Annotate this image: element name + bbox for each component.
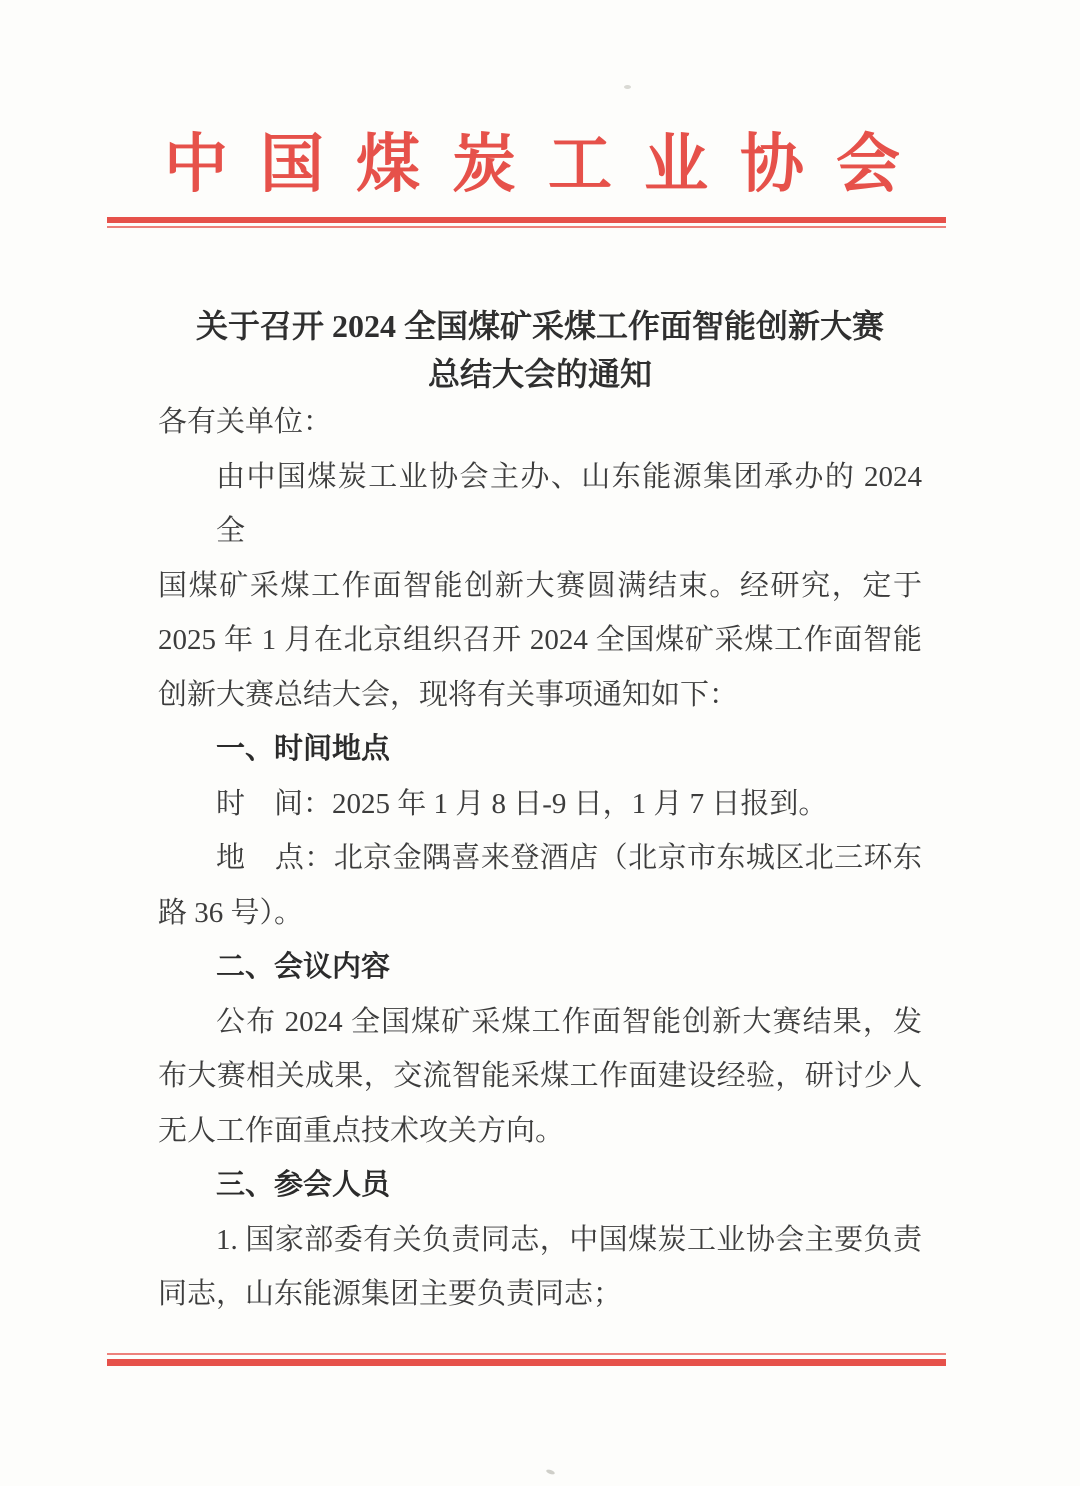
letterhead-org-name: 中国煤炭工业协会: [0, 131, 1080, 199]
body-line: 布大赛相关成果，交流智能采煤工作面建设经验，研讨少人: [158, 1049, 922, 1104]
divider-thin-line: [107, 226, 946, 228]
body-line: 同志，山东能源集团主要负责同志；: [158, 1267, 922, 1322]
body-line: 1. 国家部委有关负责同志，中国煤炭工业协会主要负责: [158, 1213, 922, 1268]
body-line: 时 间：2025 年 1 月 8 日-9 日，1 月 7 日报到。: [158, 777, 922, 832]
divider-thick-line: [107, 1359, 946, 1366]
body-line: 国煤矿采煤工作面智能创新大赛圆满结束。经研究，定于: [158, 559, 922, 614]
section-heading: 一、时间地点: [158, 722, 922, 777]
section-heading: 二、会议内容: [158, 940, 922, 995]
body-line: 创新大赛总结大会，现将有关事项通知如下：: [158, 668, 922, 723]
body-line: 由中国煤炭工业协会主办、山东能源集团承办的 2024 全: [158, 450, 922, 559]
divider-thin-line: [107, 1353, 946, 1355]
body-text: 各有关单位：由中国煤炭工业协会主办、山东能源集团承办的 2024 全国煤矿采煤工…: [158, 395, 922, 1322]
notice-title-line2: 总结大会的通知: [148, 350, 932, 398]
notice-title-line1: 关于召开 2024 全国煤矿采煤工作面智能创新大赛: [148, 302, 932, 350]
notice-title: 关于召开 2024 全国煤矿采煤工作面智能创新大赛 总结大会的通知: [148, 302, 932, 398]
document-page: 中国煤炭工业协会 关于召开 2024 全国煤矿采煤工作面智能创新大赛 总结大会的…: [0, 0, 1080, 1486]
body-line: 无人工作面重点技术攻关方向。: [158, 1104, 922, 1159]
divider-thick-line: [107, 217, 946, 223]
body-line: 地 点：北京金隅喜来登酒店（北京市东城区北三环东: [158, 831, 922, 886]
body-line: 2025 年 1 月在北京组织召开 2024 全国煤矿采煤工作面智能: [158, 613, 922, 668]
letterhead-divider: [107, 217, 946, 228]
body-line: 公布 2024 全国煤矿采煤工作面智能创新大赛结果，发: [158, 995, 922, 1050]
footer-divider: [107, 1353, 946, 1366]
body-line: 各有关单位：: [158, 395, 922, 450]
scan-speck: [624, 85, 631, 89]
body-line: 路 36 号）。: [158, 886, 922, 941]
section-heading: 三、参会人员: [158, 1158, 922, 1213]
scan-speck: [546, 1469, 556, 1476]
